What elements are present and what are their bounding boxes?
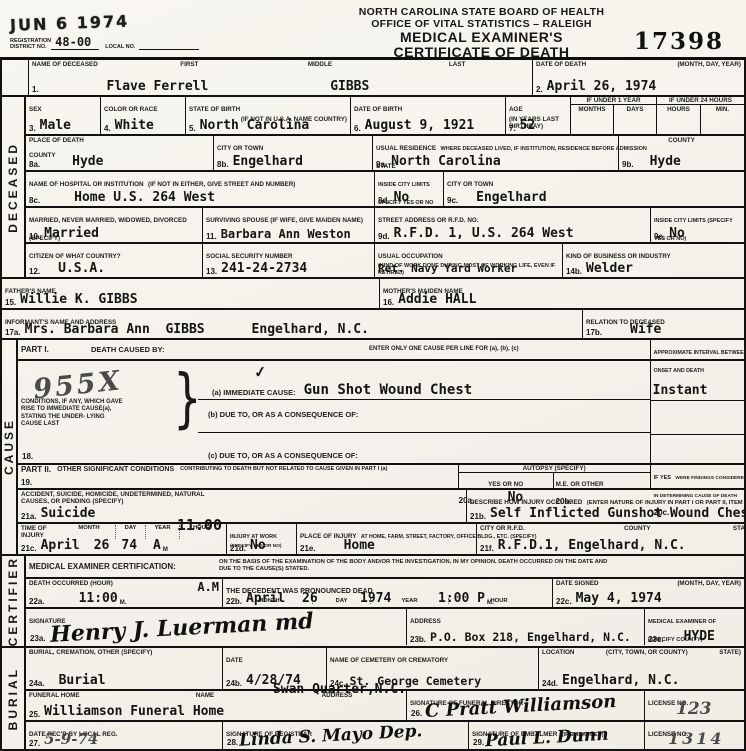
interval-value: Instant	[653, 384, 708, 398]
row-manner: ACCIDENT, SUICIDE, HOMICIDE, UNDETERMINE…	[18, 488, 746, 522]
under1-months: MONTHS	[571, 105, 613, 134]
cause-lines: ✓ (a) IMMEDIATE CAUSE: Gun Shot Wound Ch…	[198, 361, 650, 463]
row-hospital: NAME OF HOSPITAL OR INSTITUTION (IF NOT …	[26, 170, 744, 206]
under24-hours: HOURS	[657, 105, 700, 134]
under1-days: DAYS	[613, 105, 656, 134]
row-injury-details: TIME OF INJURY MONTH DAY YEAR HOUR 11:00…	[18, 522, 746, 554]
field-citizen: CITIZEN OF WHAT COUNTRY? 12.U.S.A.	[26, 244, 202, 277]
row-funeral-home: FUNERAL HOME NAME ADDRESS Swan Quarter,N…	[26, 689, 744, 720]
field-manner-of-death: ACCIDENT, SUICIDE, HOMICIDE, UNDETERMINE…	[18, 490, 466, 522]
field-color-race: COLOR OR RACE 4.White	[100, 97, 185, 134]
field-date-of-death: DATE OF DEATH (MONTH, DAY, YEAR) 2. Apri…	[532, 60, 744, 95]
certificate-number: 17398	[634, 28, 724, 55]
rail-cause: CAUSE	[2, 340, 18, 554]
section-burial: BURIAL BURIAL, CREMATION, OTHER (SPECIFY…	[2, 646, 744, 749]
field-name-of-deceased: NAME OF DECEASED FIRST MIDDLE LAST 1. Fl…	[28, 60, 532, 95]
field-funeral-director-signature: SIGNATURE OF FUNERAL DIRECTOR 26. C Prat…	[406, 691, 644, 720]
funeral-home-address: Swan Quarter,N.C.	[273, 683, 406, 697]
interval-header: APPROXIMATE INTERVAL BETWEEN ONSET AND D…	[650, 340, 746, 359]
field-if-under-24-hours: IF UNDER 24 HOURS HOURS MIN.	[656, 97, 744, 134]
rail-deceased: DECEASED	[2, 97, 26, 277]
field-residence-city: CITY OR TOWN 9c.Engelhard	[443, 172, 744, 206]
field-occupation: USUAL OCCUPATION (KIND OF WORK DONE DURI…	[374, 244, 562, 277]
cause-line-b: (b) DUE TO, OR AS A CONSEQUENCE OF:	[198, 400, 650, 433]
me-signature-handwriting: Henry J. Luerman md	[50, 608, 315, 648]
field-state-of-birth: STATE OF BIRTH (IF NOT IN U.S.A. NAME CO…	[185, 97, 350, 134]
form: NAME OF DECEASED FIRST MIDDLE LAST 1. Fl…	[0, 57, 746, 751]
field-sex: SEX 3.Male	[26, 97, 100, 134]
registration-district-value: 48-00	[51, 35, 99, 50]
field-pod-county: PLACE OF DEATH COUNTY 8a.Hyde	[26, 136, 213, 170]
death-certificate-scan: JUN 6 1974 REGISTRATION DISTRICT NO. 48-…	[0, 0, 746, 751]
field-hospital: NAME OF HOSPITAL OR INSTITUTION (IF NOT …	[26, 172, 374, 206]
field-me-signature: SIGNATURE 23a. Henry J. Luerman md	[26, 609, 406, 645]
autopsy-yes-no: YES OR NO 20a.No	[459, 473, 553, 488]
section-deceased: DECEASED SEX 3.Male COLOR OR RACE 4.Whit…	[2, 95, 744, 277]
row-parents: FATHER'S NAME 15.Willie K. GIBBS MOTHER'…	[2, 277, 744, 308]
field-if-under-1-year: IF UNDER 1 YEAR MONTHS DAYS	[570, 97, 656, 134]
title-line1: NORTH CAROLINA STATE BOARD OF HEALTH	[225, 6, 738, 18]
row-certification-statement: MEDICAL EXAMINER CERTIFICATION: ON THE B…	[26, 556, 744, 577]
interval-column: Instant	[650, 361, 746, 463]
field-street-address: STREET ADDRESS OR R.F.D. NO. 9d.R.F.D. 1…	[374, 208, 650, 242]
field-me-address: ADDRESS 23b.P.O. Box 218, Engelhard, N.C…	[406, 609, 644, 645]
field-director-license: LICENSE NO. 123	[644, 691, 744, 720]
row-marital: MARRIED, NEVER MARRIED, WIDOWED, DIVORCE…	[26, 206, 744, 242]
field-age: AGE (IN YEARS LAST BIRTHDAY) 7.52	[505, 97, 570, 134]
field-time-of-injury: TIME OF INJURY MONTH DAY YEAR HOUR 11:00…	[18, 524, 226, 554]
cause-line-c: (c) DUE TO, OR AS A CONSEQUENCE OF:	[198, 433, 650, 462]
local-no-label: LOCAL NO.	[105, 44, 135, 50]
cause-line-a: (a) IMMEDIATE CAUSE: Gun Shot Wound Ches…	[198, 361, 650, 400]
field-informant: INFORMANT'S NAME AND ADDRESS 17a.Mrs. Ba…	[2, 310, 582, 337]
field-date-signed: DATE SIGNED (MONTH, DAY, YEAR) 22c.May 4…	[552, 579, 744, 607]
header-left: JUN 6 1974 REGISTRATION DISTRICT NO. 48-…	[10, 4, 225, 57]
local-no-blank	[139, 40, 199, 50]
field-death-occurred-hour: DEATH OCCURRED (HOUR) A.M 22a. 11:00 M.	[26, 579, 222, 607]
registrar-handwriting: Linda S. Mayo Dep.	[239, 721, 423, 751]
rail-burial: BURIAL	[2, 648, 26, 749]
field-marital-status: MARRIED, NEVER MARRIED, WIDOWED, DIVORCE…	[26, 208, 202, 242]
row-pronounced-dead: DEATH OCCURRED (HOUR) A.M 22a. 11:00 M. …	[26, 577, 744, 607]
injury-hour-typed: 11:00	[177, 518, 222, 532]
row-place-of-death: PLACE OF DEATH COUNTY 8a.Hyde CITY OR TO…	[26, 134, 744, 170]
field-pronounced-dead: THE DECEDENT WAS PRONOUNCED DEAD MONTH D…	[222, 579, 552, 607]
field-residence-inside-city-limits: INSIDE CITY LIMITS (SPECIFY YES OR NO) 9…	[650, 208, 744, 242]
row-sex-race-birth: SEX 3.Male COLOR OR RACE 4.White STATE O…	[26, 97, 744, 134]
section-certifier: CERTIFIER MEDICAL EXAMINER CERTIFICATION…	[2, 554, 744, 646]
certification-statement: MEDICAL EXAMINER CERTIFICATION: ON THE B…	[26, 556, 744, 577]
row-informant: INFORMANT'S NAME AND ADDRESS 17a.Mrs. Ba…	[2, 308, 744, 337]
field-date-of-birth: DATE OF BIRTH 6.August 9, 1921	[350, 97, 505, 134]
row-citizen: CITIZEN OF WHAT COUNTRY? 12.U.S.A. SOCIA…	[26, 242, 744, 277]
row-me-signature: SIGNATURE 23a. Henry J. Luerman md ADDRE…	[26, 607, 744, 645]
field-injury-location: CITY OR R.F.D. COUNTY STATE 21f.R.F.D.1,…	[476, 524, 746, 554]
under24-min: MIN.	[700, 105, 744, 134]
row-part1-header: PART I. DEATH CAUSED BY: ENTER ONLY ONE …	[18, 340, 746, 359]
row-registrar: DATE REC'D BY LOCAL REG. 27.5-9-74 SIGNA…	[26, 720, 744, 749]
field-mother: MOTHER'S MAIDEN NAME 16.Addie HALL	[379, 279, 744, 308]
autopsy-cell: AUTOPSY (SPECIFY) YES OR NO 20a.No M.E. …	[458, 465, 650, 488]
findings-cell: IF YES WERE FINDINGS CONSIDERED IN DETER…	[650, 465, 746, 488]
part2-cell: PART II. OTHER SIGNIFICANT CONDITIONS CO…	[18, 465, 458, 488]
field-residence-county: COUNTY 9b.Hyde	[618, 136, 744, 170]
registration-district-label: REGISTRATION DISTRICT NO.	[10, 38, 51, 50]
field-father: FATHER'S NAME 15.Willie K. GIBBS	[2, 279, 379, 308]
field-registrar-signature: SIGNATURE OF REGISTRAR 28. Linda S. Mayo…	[222, 722, 468, 749]
field-industry: KIND OF BUSINESS OR INDUSTRY 14b.Welder	[562, 244, 744, 277]
field-date-received: DATE REC'D BY LOCAL REG. 27.5-9-74	[26, 722, 222, 749]
row-part2: PART II. OTHER SIGNIFICANT CONDITIONS CO…	[18, 463, 746, 488]
conditions-cell: 955X CONDITIONS, IF ANY, WHICH GAVE RISE…	[18, 361, 198, 463]
field-embalmer-signature: SIGNATURE OF EMBALMER (IF EMBALMED) 29. …	[468, 722, 644, 749]
date-received-stamp: JUN 6 1974	[10, 8, 226, 34]
autopsy-me-other: M.E. OR OTHER 20b.	[553, 473, 650, 488]
name-last: GIBBS	[330, 80, 369, 94]
field-place-of-injury: PLACE OF INJURY AT HOME, FARM, STREET, F…	[296, 524, 476, 554]
field-burial-location: LOCATION (CITY, TOWN, OR COUNTY) STATE) …	[538, 648, 744, 689]
rail-stub	[2, 60, 28, 95]
rail-certifier: CERTIFIER	[2, 556, 26, 646]
field-hospital-inside-city-limits: INSIDE CITY LIMITS SPECIFY YES OR NO 8d.…	[374, 172, 443, 206]
field-me-county: MEDICAL EXAMINER OF (SPECIFY COUNTY) 23c…	[644, 609, 744, 645]
funeral-director-handwriting: C Pratt Williamson	[425, 691, 617, 722]
part1-header: PART I. DEATH CAUSED BY: ENTER ONLY ONE …	[18, 340, 650, 359]
field-funeral-home: FUNERAL HOME NAME ADDRESS Swan Quarter,N…	[26, 691, 406, 720]
name-first-middle: Flave Ferrell	[107, 80, 209, 94]
row-name: NAME OF DECEASED FIRST MIDDLE LAST 1. Fl…	[2, 60, 744, 95]
field-how-injury-occurred: DESCRIBE HOW INJURY OCCURRED (ENTER NATU…	[466, 490, 746, 522]
field-pod-city: CITY OR TOWN 8b.Engelhard	[213, 136, 372, 170]
field-embalmer-license: LICENSE NO. 1314	[644, 722, 744, 749]
field-burial-type: BURIAL, CREMATION, OTHER (SPECIFY) 24a.B…	[26, 648, 222, 689]
registration-line: REGISTRATION DISTRICT NO. 48-00 LOCAL NO…	[10, 35, 225, 50]
field-injury-at-work: INJURY AT WORK (SPECIFY YES OR NO) 21d.N…	[226, 524, 296, 554]
header: JUN 6 1974 REGISTRATION DISTRICT NO. 48-…	[0, 0, 746, 57]
immediate-cause-value: Gun Shot Wound Chest	[304, 383, 473, 397]
cause-body: 955X CONDITIONS, IF ANY, WHICH GAVE RISE…	[18, 359, 746, 463]
section-cause: CAUSE PART I. DEATH CAUSED BY: ENTER ONL…	[2, 338, 744, 554]
field-ssn: SOCIAL SECURITY NUMBER 13.241-24-2734	[202, 244, 374, 277]
field-surviving-spouse: SURVIVING SPOUSE (IF WIFE, GIVE MAIDEN N…	[202, 208, 374, 242]
field-residence-state: USUAL RESIDENCE WHERE DECEASED LIVED, IF…	[372, 136, 618, 170]
field-relation: RELATION TO DECEASED 17b.Wife	[582, 310, 744, 337]
